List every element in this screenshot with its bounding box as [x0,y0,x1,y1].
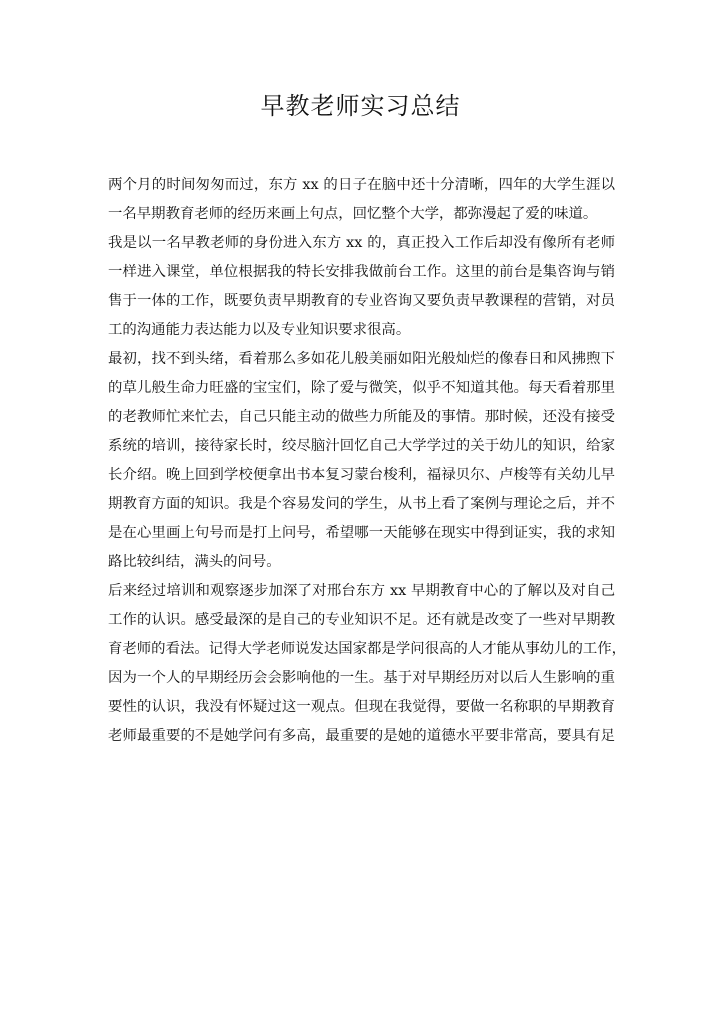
text-line: 售于一体的工作，既要负责早期教育的专业咨询又要负责早教课程的营销，对员 [108,287,615,316]
text-line: 我是以一名早教老师的身份进入东方 xx 的，真正投入工作后却没有像所有老师 [108,229,615,258]
text-line: 的老教师忙来忙去，自己只能主动的做些力所能及的事情。那时候，还没有接受 [108,403,615,432]
text-line: 后来经过培训和观察逐步加深了对邢台东方 xx 早期教育中心的了解以及对自己 [108,577,615,606]
text-line: 最初，找不到头绪，看着那么多如花儿般美丽如阳光般灿烂的像春日和风拂煦下 [108,345,615,374]
text-line: 两个月的时间匆匆而过，东方 xx 的日子在脑中还十分清晰，四年的大学生涯以 [108,171,615,200]
text-line: 老师最重要的不是她学问有多高，最重要的是她的道德水平要非常高，要具有足 [108,722,615,751]
text-line: 因为一个人的早期经历会会影响他的一生。基于对早期经历对以后人生影响的重 [108,664,615,693]
document-body: 两个月的时间匆匆而过，东方 xx 的日子在脑中还十分清晰，四年的大学生涯以 一名… [108,171,615,751]
text-line: 一名早期教育老师的经历来画上句点，回忆整个大学，都弥漫起了爱的味道。 [108,200,615,229]
document-page: 早教老师实习总结 两个月的时间匆匆而过，东方 xx 的日子在脑中还十分清晰，四年… [0,0,721,1020]
text-line: 一样进入课堂，单位根据我的特长安排我做前台工作。这里的前台是集咨询与销 [108,258,615,287]
text-line: 长介绍。晚上回到学校便拿出书本复习蒙台梭利，福禄贝尔、卢梭等有关幼儿早 [108,461,615,490]
text-line: 工的沟通能力表达能力以及专业知识要求很高。 [108,316,615,345]
text-line: 期教育方面的知识。我是个容易发问的学生，从书上看了案例与理论之后，并不 [108,490,615,519]
text-line: 育老师的看法。记得大学老师说发达国家都是学问很高的人才能从事幼儿的工作， [108,635,615,664]
text-line: 的草儿般生命力旺盛的宝宝们，除了爱与微笑，似乎不知道其他。每天看着那里 [108,374,615,403]
text-line: 要性的认识，我没有怀疑过这一观点。但现在我觉得，要做一名称职的早期教育 [108,693,615,722]
text-line: 路比较纠结，满头的问号。 [108,548,615,577]
text-line: 是在心里画上句号而是打上问号，希望哪一天能够在现实中得到证实，我的求知 [108,519,615,548]
document-title: 早教老师实习总结 [0,86,721,126]
text-line: 工作的认识。感受最深的是自己的专业知识不足。还有就是改变了一些对早期教 [108,606,615,635]
text-line: 系统的培训，接待家长时，绞尽脑汁回忆自己大学学过的关于幼儿的知识，给家 [108,432,615,461]
